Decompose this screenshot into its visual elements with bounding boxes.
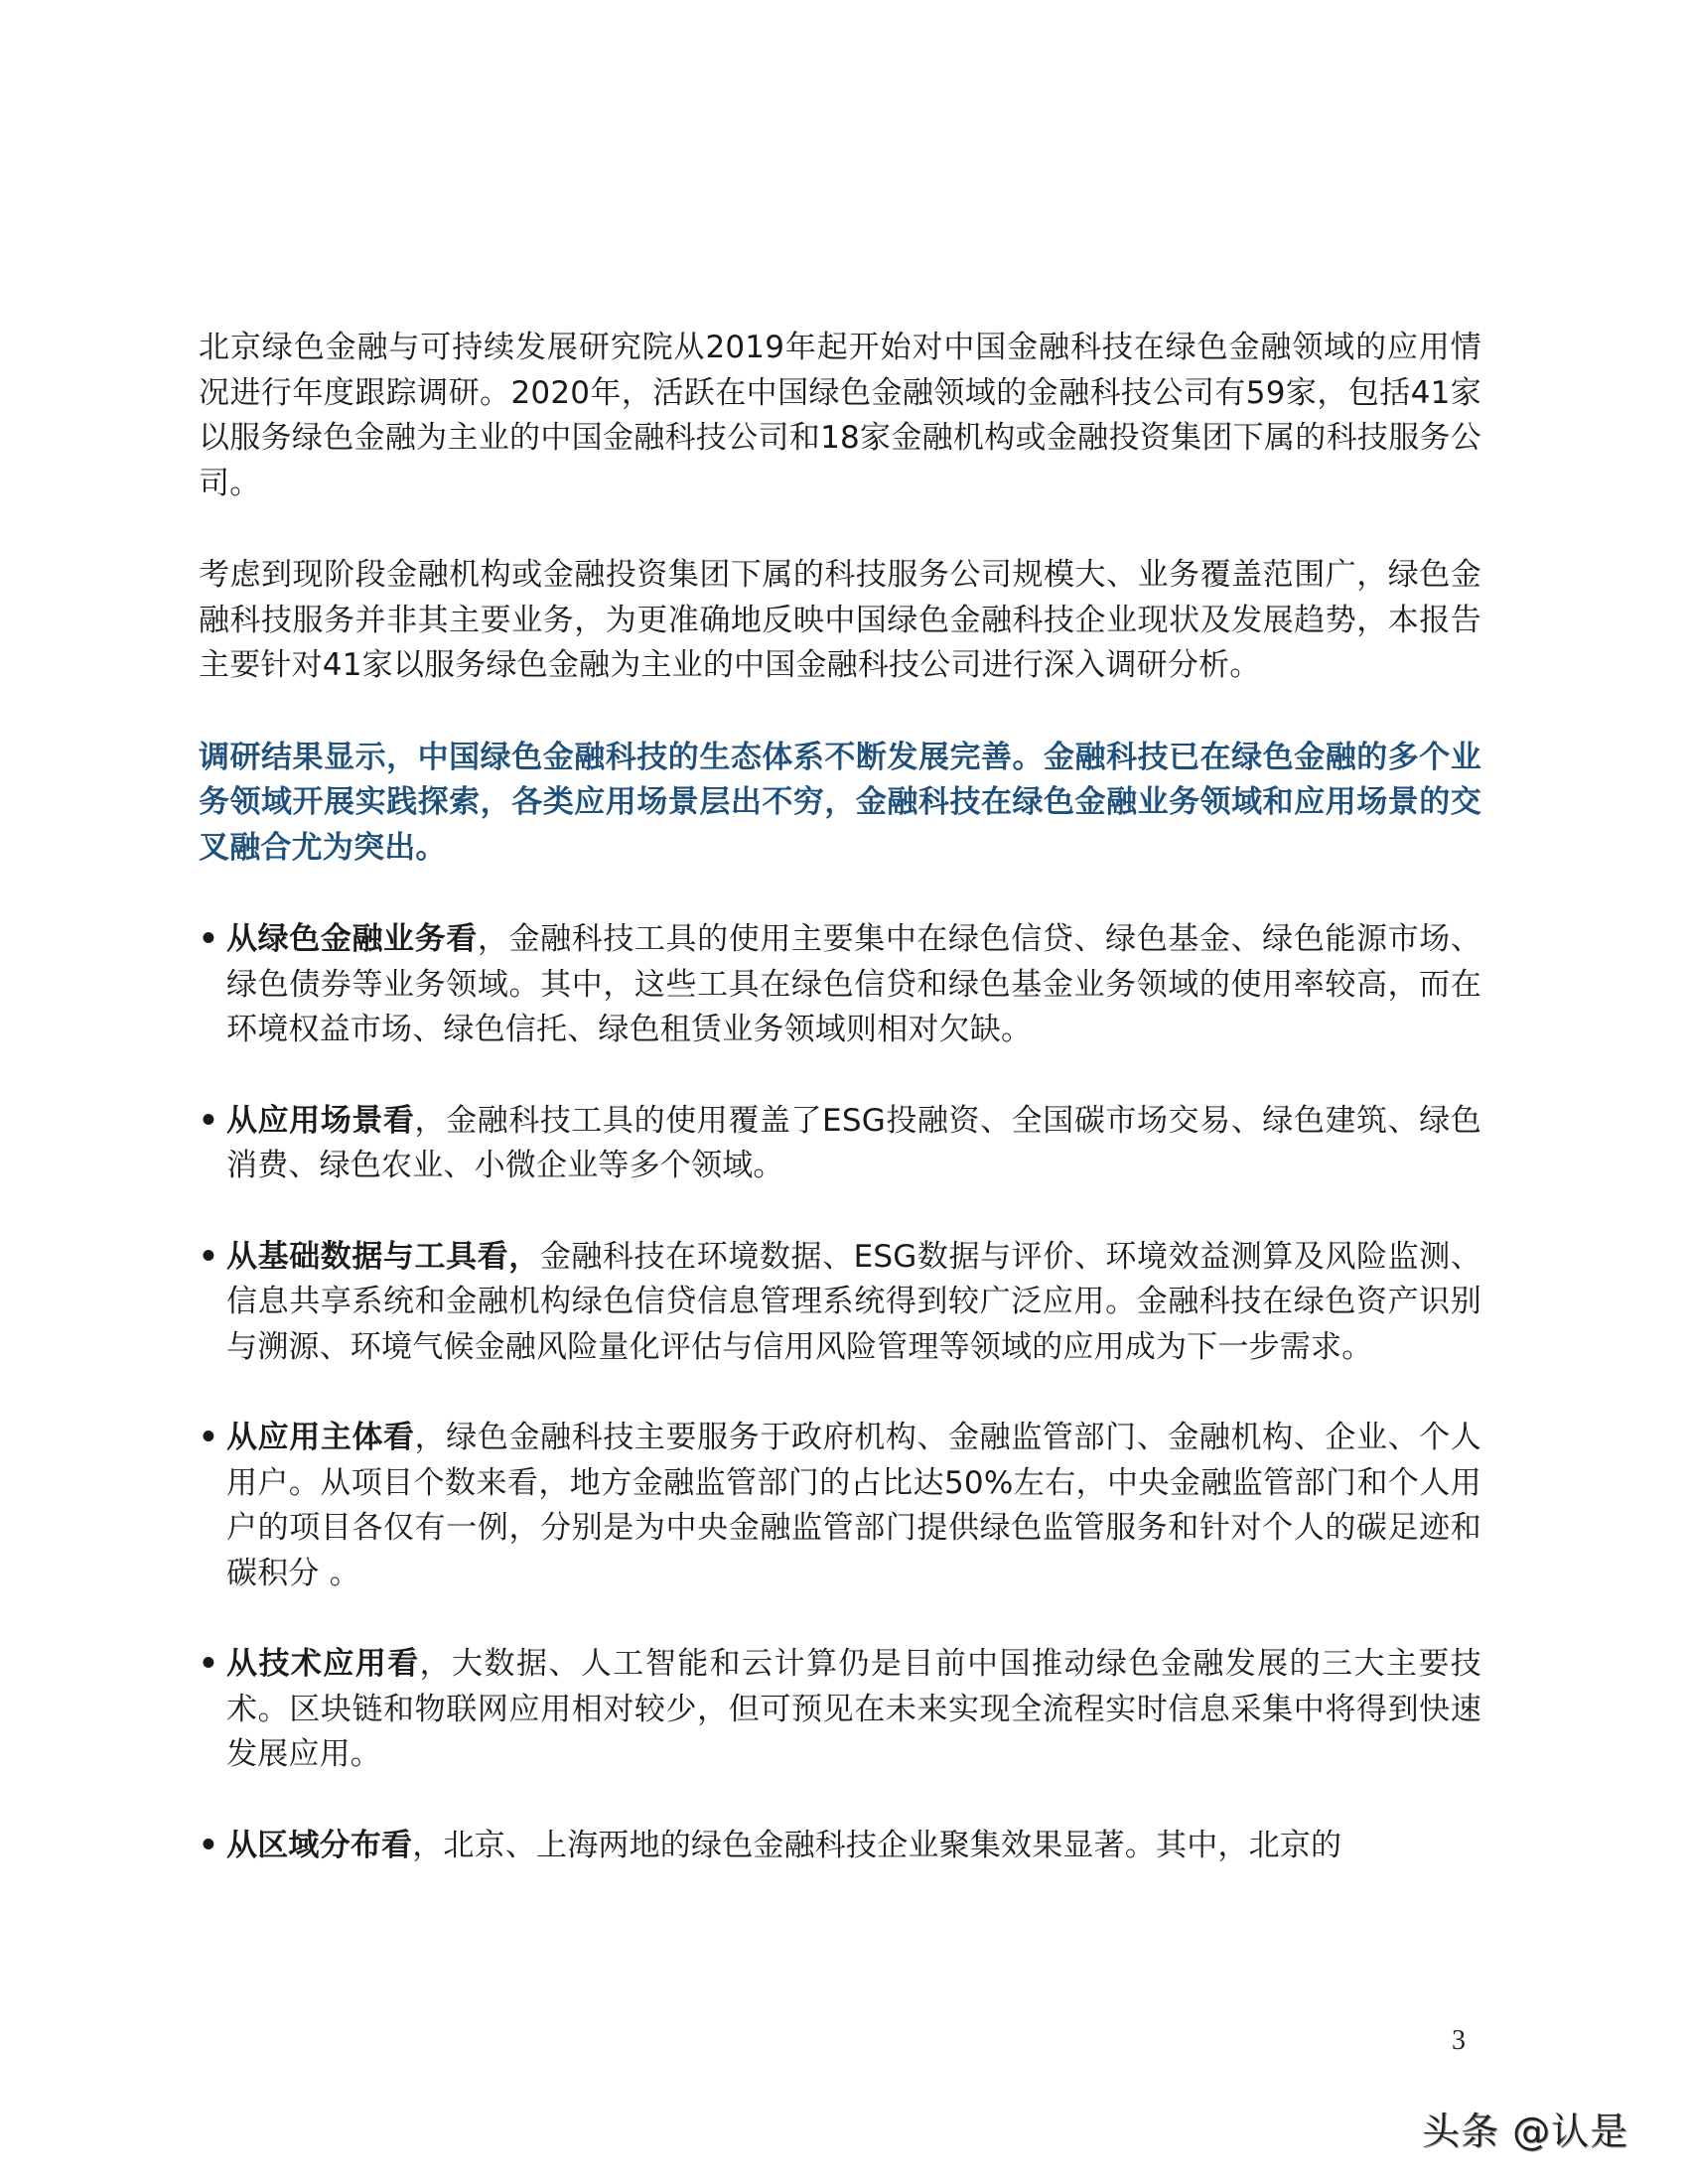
key-findings-highlight: 调研结果显示，中国绿色金融科技的生态体系不断发展完善。金融科技已在绿色金融的多个…: [199, 736, 1481, 872]
bullet-icon: •: [199, 1099, 218, 1145]
bullet-text: ，北京、上海两地的绿色金融科技企业聚集效果显著。其中，北京的: [412, 1828, 1341, 1863]
document-body: 北京绿色金融与可持续发展研究院从2019年起开始对中国金融科技在绿色金融领域的应…: [199, 326, 1481, 1914]
bullet-icon: •: [199, 1642, 218, 1688]
bullet-lead: 从基础数据与工具看，: [226, 1239, 540, 1275]
bullet-lead: 从应用场景看: [226, 1103, 415, 1139]
list-item: • 从应用场景看，金融科技工具的使用覆盖了ESG投融资、全国碳市场交易、绿色建筑…: [199, 1099, 1481, 1189]
bullet-icon: •: [199, 1824, 218, 1869]
intro-paragraph: 北京绿色金融与可持续发展研究院从2019年起开始对中国金融科技在绿色金融领域的应…: [199, 326, 1481, 506]
page-number: 3: [1452, 2025, 1466, 2057]
bullet-icon: •: [199, 917, 218, 963]
list-item: • 从应用主体看，绿色金融科技主要服务于政府机构、金融监管部门、金融机构、企业、…: [199, 1416, 1481, 1596]
bullet-lead: 从技术应用看: [226, 1646, 420, 1682]
bullet-text: ，绿色金融科技主要服务于政府机构、金融监管部门、金融机构、企业、个人用户。从项目…: [226, 1420, 1481, 1591]
bullet-lead: 从区域分布看: [226, 1828, 412, 1863]
bullet-icon: •: [199, 1235, 218, 1281]
scope-paragraph: 考虑到现阶段金融机构或金融投资集团下属的科技服务公司规模大、业务覆盖范围广，绿色…: [199, 553, 1481, 689]
list-item: • 从技术应用看，大数据、人工智能和云计算仍是目前中国推动绿色金融发展的三大主要…: [199, 1642, 1481, 1778]
list-item: • 从绿色金融业务看，金融科技工具的使用主要集中在绿色信贷、绿色基金、绿色能源市…: [199, 917, 1481, 1053]
list-item: • 从区域分布看，北京、上海两地的绿色金融科技企业聚集效果显著。其中，北京的: [199, 1824, 1481, 1869]
findings-list: • 从绿色金融业务看，金融科技工具的使用主要集中在绿色信贷、绿色基金、绿色能源市…: [199, 917, 1481, 1868]
bullet-lead: 从应用主体看: [226, 1420, 415, 1455]
bullet-icon: •: [199, 1416, 218, 1461]
bullet-text: ，金融科技工具的使用覆盖了ESG投融资、全国碳市场交易、绿色建筑、绿色消费、绿色…: [226, 1103, 1481, 1184]
bullet-lead: 从绿色金融业务看: [226, 921, 478, 957]
list-item: • 从基础数据与工具看，金融科技在环境数据、ESG数据与评价、环境效益测算及风险…: [199, 1235, 1481, 1371]
watermark: 头条 @认是: [1422, 2101, 1628, 2155]
